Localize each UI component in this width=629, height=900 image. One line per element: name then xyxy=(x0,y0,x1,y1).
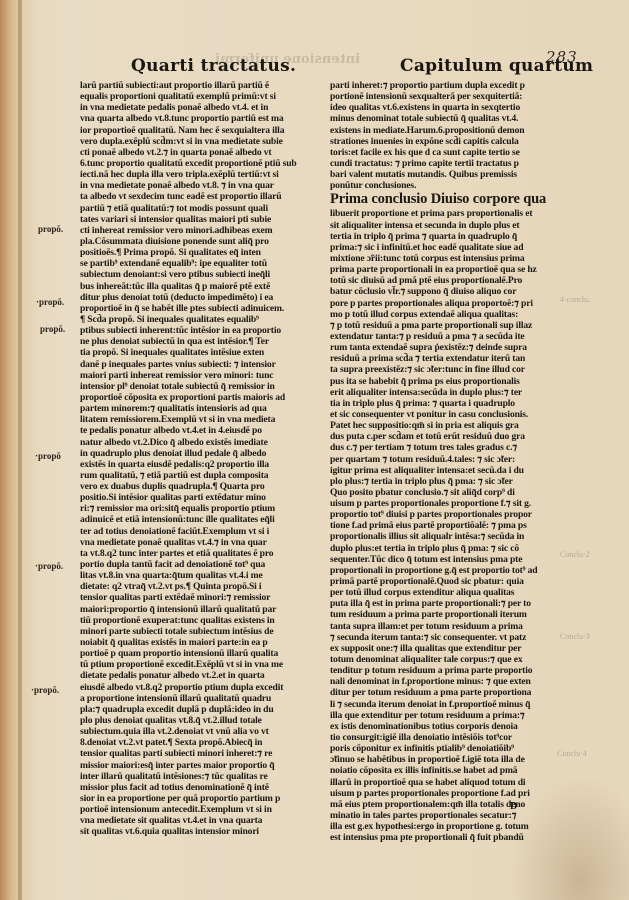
text-line: missior plus facit ad totius denominatio… xyxy=(80,782,299,793)
text-line: maiori:proportio q̃ intensionũ illarũ qu… xyxy=(80,604,299,615)
text-line: minatio in tales partes proportionales s… xyxy=(330,810,572,821)
text-line: 8.denoiat vt.2.vt patet.¶ Sexta propõ.Ab… xyxy=(80,737,299,748)
right-text-column: parti inheret:⁊ proportio partium dupla … xyxy=(330,80,572,843)
text-line: tione f.ad primã eius partẽ proportiõalẽ… xyxy=(330,520,572,531)
running-head-right: Capitulum quartum xyxy=(400,56,593,76)
text-line: sit aliqualiter intensa et secunda in du… xyxy=(330,220,572,231)
text-line: tensior qualitas parti extẽdaẽ minori:⁊ … xyxy=(80,592,299,603)
text-line: dietate: q2 vtraq̃ vt.2.vt ps.¶ Quinta p… xyxy=(80,581,299,592)
text-line: ex supposit one:⁊ illa qualitas que exte… xyxy=(330,643,572,654)
text-line: tio consurgit:igiẽ illa denoiatio intẽsi… xyxy=(330,732,572,743)
text-line: in vna medietate pedalis ponaẽ albedo vt… xyxy=(80,102,299,113)
text-line: 6.tunc proportio qualitatũ excedit propo… xyxy=(80,158,299,169)
text-line: cti inhereat remissior vero minori.adhib… xyxy=(80,225,299,236)
text-line: pla:⁊ quadrupla excedit duplã p duplã:id… xyxy=(80,704,299,715)
text-line: natur albedo vt.2.Dico q̃ albedo existẽs… xyxy=(80,437,299,448)
text-line: ta vt.8.q2 tunc inter partes et etiã qua… xyxy=(80,548,299,559)
text-line: sior in ea proportione per quã proportio… xyxy=(80,793,299,804)
ghost-margin-note: Conclu·3 xyxy=(560,632,590,641)
text-line: ditur plus denoiat totũ (deducto impedim… xyxy=(80,292,299,303)
text-line: bari valent mutatis mutandis. Quibus pre… xyxy=(330,169,572,180)
text-line: duplo plus:et tertia in triplo plus q̃ p… xyxy=(330,543,572,554)
text-line: mã eius ptem proportionalem:qm̃ illa tot… xyxy=(330,799,572,810)
text-line: strationes inuenies in expõne scd̃i capi… xyxy=(330,136,572,147)
text-line: illarũ in proportioẽ qua se habet aliquo… xyxy=(330,777,572,788)
text-line: te pedalis ponatur albedo vt.4.et in 4.e… xyxy=(80,425,299,436)
text-line: ptibus subiecti inherent:tũc intẽsior in… xyxy=(80,325,299,336)
text-line: se partib⁹ extendanẽ equalib⁹: ipe equal… xyxy=(80,258,299,269)
margin-note: propõ. xyxy=(40,324,65,334)
ghost-margin-note: Conclu·4 xyxy=(557,749,587,758)
text-line: ne plus denoiat subiectũ in qua est intẽ… xyxy=(80,336,299,347)
text-line: danẽ p inequales partes vnius subiecti: … xyxy=(80,359,299,370)
text-line: iecti.nã hec dupla illa vero tripla.exẽp… xyxy=(80,169,299,180)
text-line: prima parte proportionali in ea proporti… xyxy=(330,264,572,275)
catchword: D xyxy=(510,801,517,812)
binding-shadow xyxy=(18,0,22,900)
text-line: subiectum.quia illa vt.2.denoiat vt vnũ … xyxy=(80,726,299,737)
ghost-margin-note: 4·conclu. xyxy=(560,295,590,304)
left-text-column: larũ partiũ subiecti:aut proportio illar… xyxy=(80,80,299,838)
text-line: uisum p partes proportionales proportion… xyxy=(330,788,572,799)
text-line: illa que extenditur per totum residuum a… xyxy=(330,710,572,721)
text-line: adinuicẽ et etiã intensionũ:tunc ille qu… xyxy=(80,514,299,525)
text-line: tia propõ. Si inequales qualitates intẽs… xyxy=(80,347,299,358)
text-line: plo plus denoiat qualitas vt.8.q̃ vt.2.i… xyxy=(80,715,299,726)
text-line: inter illarũ qualitatũ intẽsiones:⁊ tũc … xyxy=(80,771,299,782)
text-line: est intensius pma pte proportionali q̃ f… xyxy=(330,832,572,843)
text-line: ponũtur conclusiones. xyxy=(330,180,572,191)
text-line: Patet hec suppositio:qm̃ si in pria est … xyxy=(330,420,572,431)
text-line: portioẽ intensionum antecedit.Exemplum v… xyxy=(80,804,299,815)
text-line: equalis proportioni qualitatũ exemplũ pr… xyxy=(80,91,299,102)
text-line: larũ partiũ subiecti:aut proportio illar… xyxy=(80,80,299,91)
text-line: prima:⁊ sic i infinitũ.et hoc eadẽ quali… xyxy=(330,242,572,253)
text-line: rum tanta extendaẽ supra ṗexistẽz:⁊ dein… xyxy=(330,342,572,353)
margin-note: ·propõ xyxy=(35,451,61,461)
text-line: minori parte subiecti totale subiectum i… xyxy=(80,626,299,637)
text-line: proportionalis illius sit aliqualr intẽs… xyxy=(330,531,572,542)
text-line: portio dupla tantũ facit ad denoiationẽ … xyxy=(80,559,299,570)
text-line: illa est g.ex hypothesi:ergo in proporti… xyxy=(330,821,572,832)
text-line: cundi tractatus: ⁊ primo capite tertii t… xyxy=(330,158,572,169)
text-line: portioẽ p quam proportio intensionũ illa… xyxy=(80,648,299,659)
text-line: libuerit proportione et prima pars propo… xyxy=(330,208,572,219)
text-line: tates variari si intensior qualitas maio… xyxy=(80,214,299,225)
text-line: rum qualitatũ, ⁊ etiã partiũ est dupla c… xyxy=(80,470,299,481)
text-line: vna medietate sit qualitas vt.4.et in vn… xyxy=(80,815,299,826)
text-line: sequenter.Tũc dico q̃ totum est intensiu… xyxy=(330,554,572,565)
text-line: extendatur tanta:⁊ p residuũ a pma ⁊ a s… xyxy=(330,331,572,342)
text-line: proportio tot⁹ diuisi p partes proportio… xyxy=(330,509,572,520)
text-line: Quo posito pbatur conclusio.⁊ sit aliq̃d… xyxy=(330,487,572,498)
text-line: in vna medietate ponaẽ albedo vt.8. ⁊ in… xyxy=(80,180,299,191)
text-line: ¶ Scd̃a propõ. Si inequales qualitates e… xyxy=(80,314,299,325)
text-line: mo p totũ illud corpus extendaẽ aliqua q… xyxy=(330,309,572,320)
text-line: missior maiori:esq̃ inter partes maior p… xyxy=(80,760,299,771)
text-line: tiũ proportionẽ exuperat:tunc qualitas e… xyxy=(80,615,299,626)
text-line: ter ad totius denoiationẽ faciũt.Exemplu… xyxy=(80,526,299,537)
text-line: ta supra preexistẽz:⁊ sic ɔ̃ter:tunc in … xyxy=(330,364,572,375)
text-line: ideo qualitas vt.6.existens in quarta in… xyxy=(330,102,572,113)
text-line: puta illa q̃ est in prima parte proporti… xyxy=(330,598,572,609)
text-line: primã partẽ proportionalẽ.Quod sic pbatu… xyxy=(330,576,572,587)
text-line: per totũ illud corpus extenditur aliqua … xyxy=(330,587,572,598)
text-line: ɔ̃tinuo se habẽtibus in proportioẽ f.igi… xyxy=(330,754,572,765)
text-line: bus inhereãt:tũc illa qualitas q̃ p maio… xyxy=(80,281,299,292)
text-line: ior proportioẽ qualitatũ. Nam hec ẽ sexq… xyxy=(80,125,299,136)
text-line: proportionali in proportione g.q̃ est pr… xyxy=(330,565,572,576)
text-line: dus puta c.per scd̃am et totũ erũt resid… xyxy=(330,431,572,442)
text-line: partem minorem:⁊ qualitatis intensioris … xyxy=(80,403,299,414)
text-line: toris:et facile ex his que d ca sunt cap… xyxy=(330,147,572,158)
text-line: igitur prima est aliqualiter intensa:et … xyxy=(330,465,572,476)
text-line: minus denominat totale subiectũ q̃ quali… xyxy=(330,113,572,124)
running-head-left: Quarti tractatus. xyxy=(131,56,296,76)
text-line: intensior pl⁹ denoiat totale subiectũ q̃… xyxy=(80,381,299,392)
margin-note: propõ. xyxy=(38,224,63,234)
text-line: parti inheret:⁊ proportio partium dupla … xyxy=(330,80,572,91)
text-line: portionẽ intensionũ sexqualterã per sexq… xyxy=(330,91,572,102)
text-line: plo plus:⁊ tertia in triplo plus q̃ pma:… xyxy=(330,476,572,487)
margin-note: ·propõ. xyxy=(31,685,59,695)
text-line: batur cõclusio vl̃r.⁊ suppono q̃ diuiso … xyxy=(330,286,572,297)
margin-note: ·propõ. xyxy=(35,561,63,571)
text-line: erit aliqualiter intensa:secũda in duplo… xyxy=(330,387,572,398)
text-line: litas vt.8.in vna quarta:q̃tum qualitas … xyxy=(80,570,299,581)
text-line: cti ponaẽ albedo vt.2.⁊ in quarta ponaẽ … xyxy=(80,147,299,158)
text-line: existẽs in quarta eiusdẽ pedalis:q2 prop… xyxy=(80,459,299,470)
text-line: tum residuum a prima parte proportionali… xyxy=(330,609,572,620)
text-line: ⁊ p totũ residuũ a pma parte proportiona… xyxy=(330,320,572,331)
text-line: a proportione intensionũ illarũ qualitat… xyxy=(80,693,299,704)
text-line: noiatio cõposita ex illis infinitis.se h… xyxy=(330,765,572,776)
text-line: totũ sic diuisũ ad pmã ptẽ eius proporti… xyxy=(330,275,572,286)
text-line: poris cõponitur ex infinitis ptialib⁹ de… xyxy=(330,743,572,754)
text-line: vero dupla.exẽplũ scd̃m:vt si in vna med… xyxy=(80,136,299,147)
text-line: tertia in triplo q̃ prima ⁊ quarta in qu… xyxy=(330,231,572,242)
text-line: tia in triplo plus q̃ prima: ⁊ quarta i … xyxy=(330,398,572,409)
ghost-margin-note: Conclu·2 xyxy=(560,550,590,559)
text-line: ⁊ secunda iterum tanta:⁊ sic consequente… xyxy=(330,632,572,643)
text-line: positioẽs.¶ Prima propõ. Si qualitates e… xyxy=(80,247,299,258)
text-line: et sic consequenter vt ponitur in casu c… xyxy=(330,409,572,420)
text-line: noiabit q̃ qualitas existẽs in maiori pa… xyxy=(80,637,299,648)
text-line: ex istis denominationibus totius corpori… xyxy=(330,721,572,732)
text-line: vna medietate ponaẽ qualitas vt.4.⁊ in v… xyxy=(80,537,299,548)
text-line: litatem remissiorem.Exemplũ vt si in vna… xyxy=(80,414,299,425)
text-line: pore p partes proportionales aliqua prop… xyxy=(330,298,572,309)
text-line: mixtione ɔ̃rii:tunc totũ corpus est inte… xyxy=(330,253,572,264)
text-line: tanta supra illam:et per totum residuum … xyxy=(330,621,572,632)
text-line: in quadruplo plus denoiat illud pedale q… xyxy=(80,448,299,459)
text-line: subiectum denoiant:si vero ptibus subiec… xyxy=(80,269,299,280)
conclusion-heading: Prima conclusio Diuiso corpore qua xyxy=(330,191,572,208)
text-line: eiusdẽ albedo vt.8.q2 proportio ptium du… xyxy=(80,682,299,693)
text-line: maiori parti inhereat remissior vero min… xyxy=(80,370,299,381)
text-line: pla.Cõsummata diuisione ponende sunt ali… xyxy=(80,236,299,247)
text-line: proportioẽ cõposita ex proportioni parti… xyxy=(80,392,299,403)
text-line: dietate pedalis ponatur albedo vt.2.et i… xyxy=(80,670,299,681)
text-line: uisum p partes proportionales proportion… xyxy=(330,498,572,509)
text-line: per quartam ⁊ totum residuũ.4.tales: ⁊ s… xyxy=(330,454,572,465)
text-line: existens in mediate.Harum.6.propositionũ… xyxy=(330,125,572,136)
text-line: tũ ptium proportionẽ excedit.Exẽplũ vt s… xyxy=(80,659,299,670)
text-line: pus ita se habebit q̃ prima ps eius prop… xyxy=(330,376,572,387)
text-line: proportioẽ in q̃ se habẽt ille ptes subi… xyxy=(80,303,299,314)
text-line: li ⁊ secunda iterum denoiat in f.proport… xyxy=(330,699,572,710)
text-line: nali denominat in f.proportione minus: ⁊… xyxy=(330,676,572,687)
text-line: tenditur p totum residuum a prima parte … xyxy=(330,665,572,676)
text-line: totum denominat aliqualiter tale corpus:… xyxy=(330,654,572,665)
text-line: vero ex duabus duplis quadrupla.¶ Quarta… xyxy=(80,481,299,492)
text-line: partiũ ⁊ etiã qualitatũ:⁊ tot modis poss… xyxy=(80,203,299,214)
margin-note: ·propõ. xyxy=(36,297,64,307)
text-line: dus c.⁊ per tertiam ⁊ totum tres tales g… xyxy=(330,442,572,453)
text-line: sit qualitas vt.6.quia qualitas intensio… xyxy=(80,826,299,837)
text-line: tensior qualitas parti subiecti minori i… xyxy=(80,748,299,759)
text-line: ditur per totum residuum a pma parte pro… xyxy=(330,687,572,698)
text-line: ta albedo vt sexdecim tunc eadẽ est prop… xyxy=(80,191,299,202)
scanned-page: 283 intensione uniformi Quarti tractatus… xyxy=(0,0,629,900)
text-line: residuũ a prima scd̃a ⁊ tertia extendatu… xyxy=(330,353,572,364)
text-line: vna quarta albedo vt.8.tunc proportio pa… xyxy=(80,113,299,124)
text-line: ri:⁊ remissior ma ori:sitq̃ equalis prop… xyxy=(80,503,299,514)
text-line: positio.Si intẽsior qualitas parti extẽd… xyxy=(80,492,299,503)
